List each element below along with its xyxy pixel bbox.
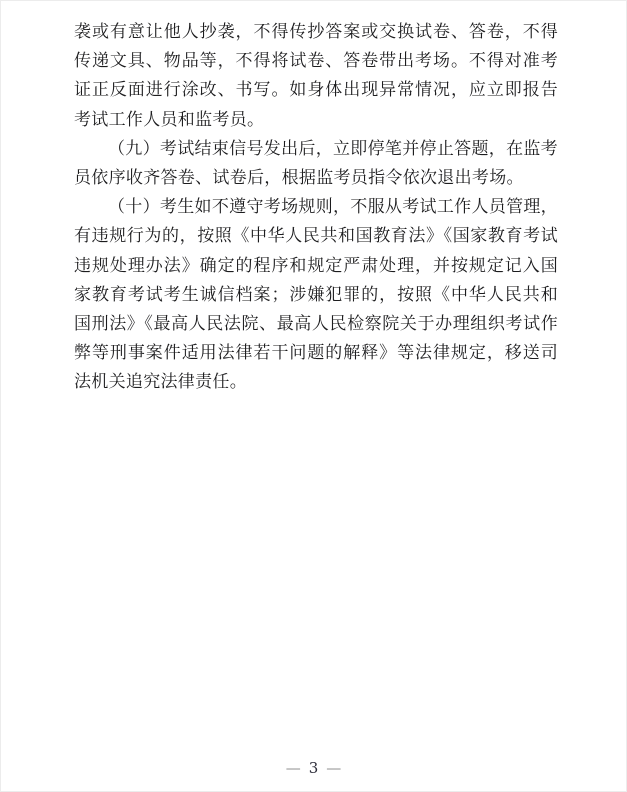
document-page: 袭或有意让他人抄袭，不得传抄答案或交换试卷、答卷，不得传递文具、物品等，不得将试…: [0, 0, 627, 792]
page-number: 3: [309, 759, 319, 777]
page-footer: —3—: [1, 757, 626, 779]
footer-dash-left: —: [286, 759, 301, 777]
document-body: 袭或有意让他人抄袭，不得传抄答案或交换试卷、答卷，不得传递文具、物品等，不得将试…: [74, 18, 558, 398]
footer-dash-right: —: [326, 759, 341, 777]
paragraph-clause-9: （九）考试结束信号发出后，立即停笔并停止答题，在监考员依序收齐答卷、试卷后，根据…: [74, 135, 558, 193]
paragraph-clause-10: （十）考生如不遵守考场规则，不服从考试工作人员管理，有违规行为的，按照《中华人民…: [74, 193, 558, 397]
paragraph-continuation: 袭或有意让他人抄袭，不得传抄答案或交换试卷、答卷，不得传递文具、物品等，不得将试…: [74, 18, 558, 135]
